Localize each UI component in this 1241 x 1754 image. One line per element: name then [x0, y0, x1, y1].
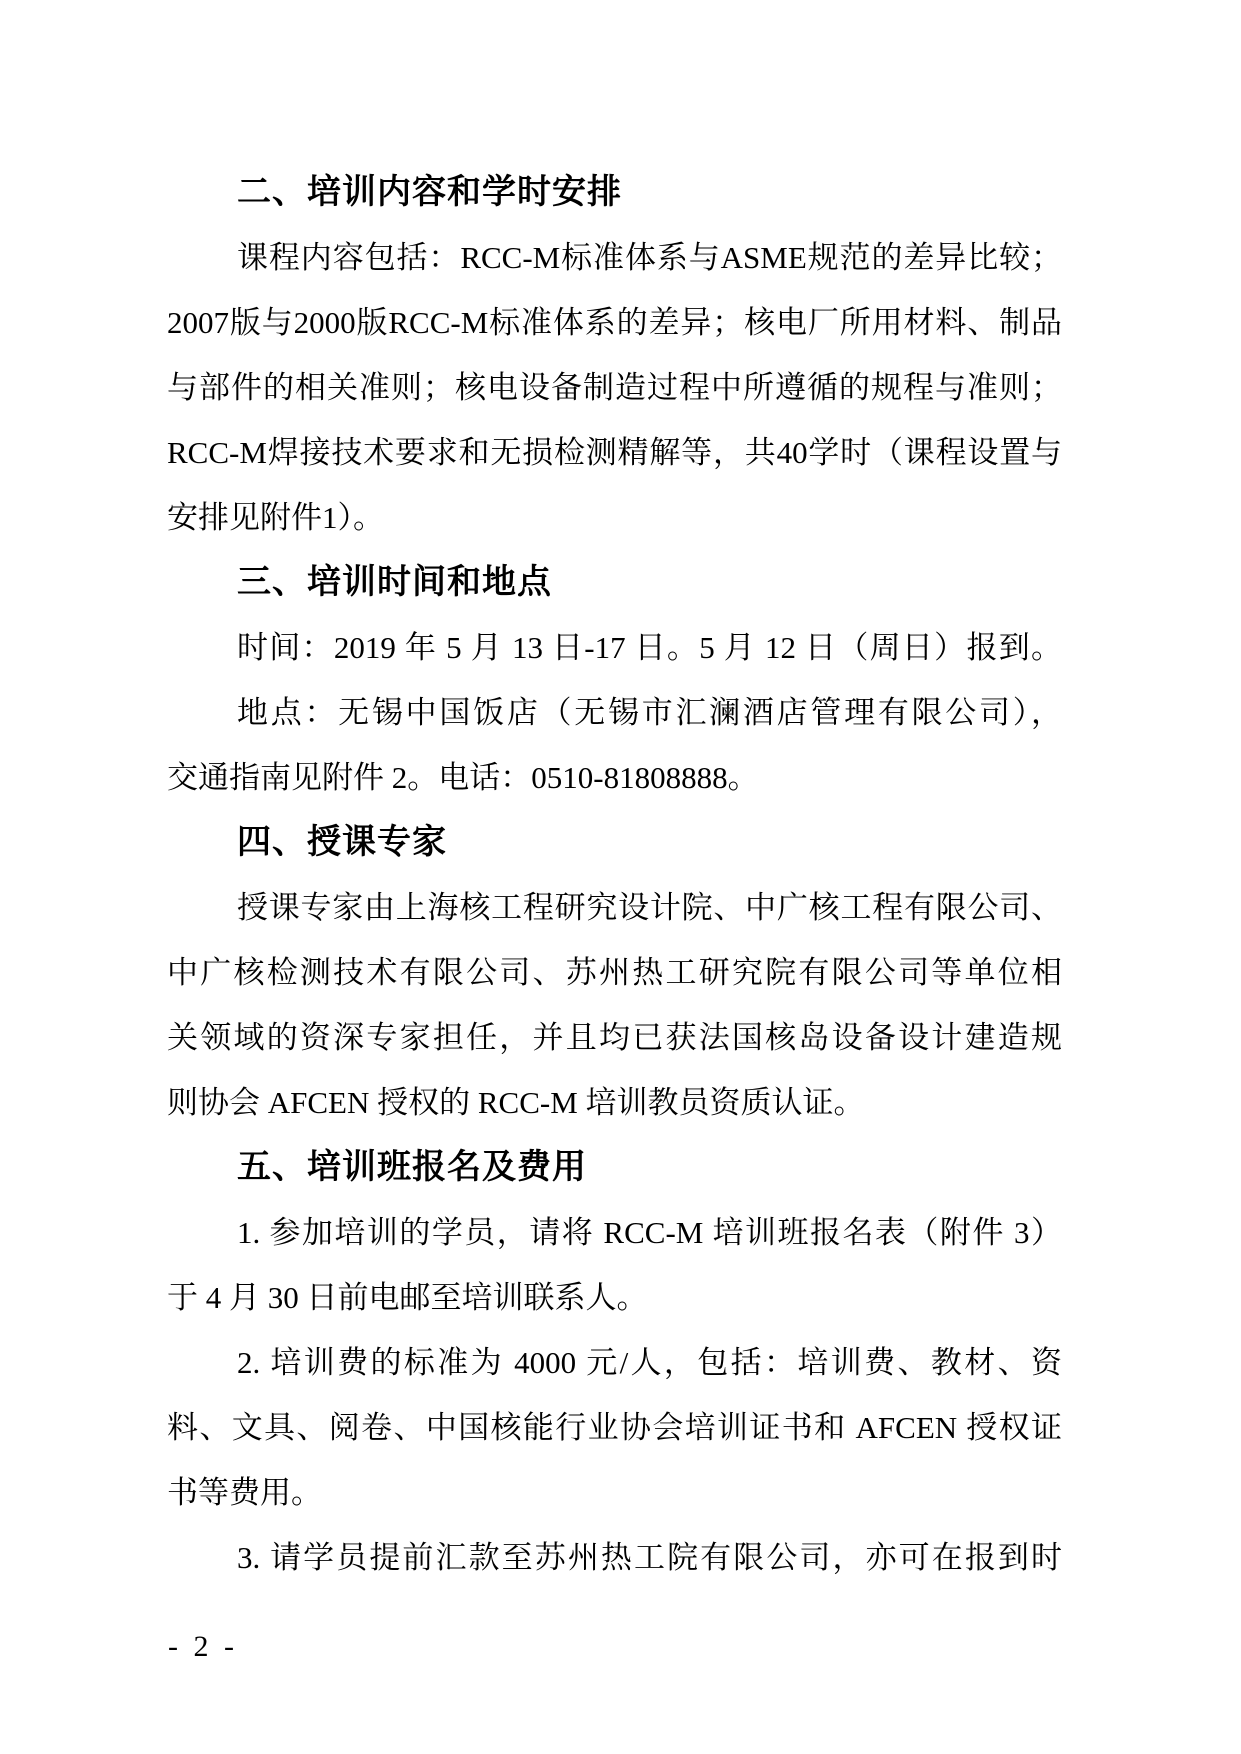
text-line: 地点：无锡中国饭店（无锡市汇澜酒店管理有限公司），	[167, 680, 1062, 745]
text-line: 授课专家由上海核工程研究设计院、中广核工程有限公司、	[167, 875, 1062, 940]
section-heading: 二、培训内容和学时安排	[167, 160, 1062, 225]
text-line: 书等费用。	[167, 1460, 1062, 1525]
section-heading: 三、培训时间和地点	[167, 550, 1062, 615]
text-line: 2. 培训费的标准为 4000 元/人，包括：培训费、教材、资	[167, 1330, 1062, 1395]
text-line: 与部件的相关准则；核电设备制造过程中所遵循的规程与准则；	[167, 355, 1062, 420]
text-line: 中广核检测技术有限公司、苏州热工研究院有限公司等单位相	[167, 940, 1062, 1005]
text-line: 1. 参加培训的学员，请将 RCC-M 培训班报名表（附件 3）	[167, 1200, 1062, 1265]
text-line: 关领域的资深专家担任，并且均已获法国核岛设备设计建造规	[167, 1005, 1062, 1070]
document-page: 二、培训内容和学时安排 课程内容包括：RCC-M标准体系与ASME规范的差异比较…	[0, 0, 1241, 1754]
text-line: RCC-M焊接技术要求和无损检测精解等，共40学时（课程设置与	[167, 420, 1062, 485]
text-line: 料、文具、阅卷、中国核能行业协会培训证书和 AFCEN 授权证	[167, 1395, 1062, 1460]
section-heading: 五、培训班报名及费用	[167, 1135, 1062, 1200]
text-line: 课程内容包括：RCC-M标准体系与ASME规范的差异比较；	[167, 225, 1062, 290]
text-line: 时间：2019 年 5 月 13 日-17 日。5 月 12 日（周日）报到。	[167, 615, 1062, 680]
text-line: 3. 请学员提前汇款至苏州热工院有限公司，亦可在报到时	[167, 1525, 1062, 1590]
text-line: 则协会 AFCEN 授权的 RCC-M 培训教员资质认证。	[167, 1070, 1062, 1135]
document-body: 二、培训内容和学时安排 课程内容包括：RCC-M标准体系与ASME规范的差异比较…	[167, 160, 1062, 1590]
text-line: 交通指南见附件 2。电话：0510-81808888。	[167, 745, 1062, 810]
text-line: 2007版与2000版RCC-M标准体系的差异；核电厂所用材料、制品	[167, 290, 1062, 355]
section-heading: 四、授课专家	[167, 810, 1062, 875]
text-line: 安排见附件1）。	[167, 485, 1062, 550]
text-line: 于 4 月 30 日前电邮至培训联系人。	[167, 1265, 1062, 1330]
page-number: - 2 -	[168, 1630, 238, 1664]
